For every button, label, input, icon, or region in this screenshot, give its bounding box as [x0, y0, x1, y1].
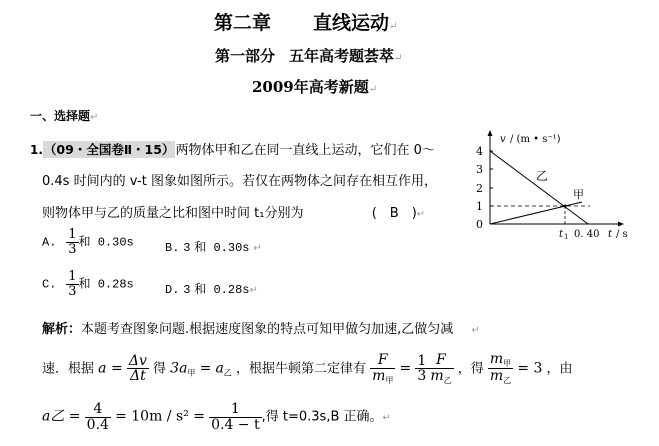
question-text-3: 则物体甲与乙的质量之比和图中时间 t₁分别为 [42, 206, 303, 221]
question-text-1: 两物体甲和乙在同一直线上运动，它们在 0～ [175, 143, 434, 158]
paragraph-mark-icon: ↵ [394, 53, 402, 64]
question-text-2: 0.4s 时间内的 v-t 图象如图所示。若仅在两物体之间存在相互作用， [42, 174, 437, 189]
formula-a2: a [215, 360, 223, 376]
analysis-colon: ： [68, 322, 81, 337]
analysis-text-end1: ，由 [547, 361, 573, 376]
part-heading: 第一部分五年高考题荟萃↵ [215, 45, 402, 66]
paragraph-mark-icon: ↵ [249, 285, 257, 296]
formula-a-yi: a乙 = [42, 409, 81, 425]
fraction-one-third: 13 [415, 354, 428, 384]
fraction-F-myi: Fm乙 [428, 353, 453, 385]
m-symbol: m [430, 368, 443, 384]
denominator: 0.4 [85, 417, 111, 433]
chapter-heading: 第二章直线运动↵ [214, 8, 397, 35]
option-value: 3 [183, 283, 190, 297]
m-symbol: m [490, 368, 503, 384]
paragraph-mark-icon: ↵ [369, 84, 377, 95]
equals: = [400, 360, 412, 376]
y-tick-1: 1 [476, 200, 483, 213]
fraction-4-over-04: 40.4 [85, 402, 111, 432]
fraction-1-over-04t: 10.4 − t [209, 402, 262, 432]
analysis-text-mid2: ，得 [458, 361, 484, 376]
y-tick-2: 2 [476, 182, 483, 195]
numerator: 1 [209, 402, 262, 417]
m-symbol: m [372, 368, 385, 384]
part-number: 第一部分 [215, 47, 275, 65]
y-axis-unit: / (m • s⁻¹) [510, 134, 561, 145]
analysis-line-3: a乙 = 40.4 = 10m / s² = 10.4 − t,得 t=0.3s… [42, 402, 391, 432]
line-jia [490, 202, 582, 224]
subscript-jia: 甲 [385, 376, 393, 385]
option-text: 和 0.28s [79, 278, 134, 292]
formula-3a: 3a [170, 360, 187, 376]
numerator: Δv [127, 354, 149, 369]
option-label: C. [42, 278, 56, 292]
answer-bracket: ( B ) [372, 206, 417, 221]
analysis-text-2: 速．根据 [42, 361, 94, 376]
subscript-yi: 乙 [444, 376, 452, 385]
fraction: 13 [66, 228, 78, 256]
fraction-dv-dt: ΔvΔt [127, 354, 149, 384]
subscript-yi: 乙 [503, 376, 511, 385]
denominator: 3 [66, 284, 78, 299]
option-label: D. [165, 283, 179, 297]
denominator: 3 [66, 242, 78, 257]
option-text: 和 0.30s [79, 236, 134, 250]
numerator: 1 [415, 354, 428, 369]
x-axis-unit: / s [616, 229, 628, 240]
year-heading: 2009年高考新题↵ [252, 76, 377, 97]
analysis-conclusion: ,得 t=0.3s,B 正确。 [262, 410, 383, 425]
formula-a: a = [98, 360, 123, 376]
x-tick-t1-sub: 1 [564, 233, 568, 241]
option-b: B. 3 和 0.30s ↵ [165, 238, 262, 255]
y-tick-0: 0 [476, 218, 483, 231]
option-text: 和 0.28s [194, 283, 249, 297]
formula-10: = 10m / s² = [115, 409, 205, 425]
option-label: A. [42, 236, 56, 250]
paragraph-mark-icon: ↵ [253, 243, 261, 254]
option-label: B. [165, 241, 179, 255]
numerator: F [428, 353, 453, 368]
fraction: 13 [66, 270, 78, 298]
numerator: m甲 [488, 352, 513, 368]
analysis-text-mid1: ，根据牛顿第二定律有 [236, 361, 366, 376]
question-source: （09・全国卷Ⅱ・15） [43, 141, 176, 158]
option-value: 3 [183, 241, 190, 255]
subscript-jia: 甲 [503, 359, 511, 368]
m-symbol: m [490, 351, 503, 367]
year-heading-text: 2009年高考新题 [252, 78, 369, 96]
option-text: 和 0.30s [194, 241, 249, 255]
x-tick-040: 0. 40 [574, 229, 599, 240]
denominator: 3 [415, 368, 428, 384]
paragraph-mark-icon: ↵ [383, 413, 391, 424]
equals: = [200, 360, 212, 376]
option-a: A. 13和 0.30s [42, 228, 134, 256]
vt-graph: 4 3 2 1 0 v / (m • s⁻¹) 乙 甲 t 1 0. 40 t … [470, 120, 659, 250]
label-yi: 乙 [536, 169, 548, 183]
denominator: 0.4 − t [209, 417, 262, 433]
y-tick-3: 3 [476, 163, 483, 176]
word-de: 得 [153, 361, 166, 376]
label-jia: 甲 [573, 188, 584, 201]
analysis-label: 解析 [42, 322, 68, 337]
question-number: 1. [30, 143, 43, 157]
equals-three: = 3 [517, 360, 542, 376]
part-title: 五年高考题荟萃 [289, 47, 394, 65]
denominator: Δt [127, 368, 149, 384]
subscript-yi: 乙 [224, 368, 232, 377]
option-c: C. 13和 0.28s [42, 270, 134, 298]
question-line-2: 0.4s 时间内的 v-t 图象如图所示。若仅在两物体之间存在相互作用， [42, 170, 437, 189]
x-axis-label: t [608, 229, 613, 240]
paragraph-mark-icon: ↵ [471, 325, 479, 336]
numerator: 4 [85, 402, 111, 417]
fraction-F-mjia: Fm甲 [370, 353, 395, 385]
chapter-title: 直线运动 [313, 12, 389, 34]
numerator: 1 [66, 270, 78, 284]
fraction-mass-ratio: m甲m乙 [488, 352, 513, 386]
analysis-line-1: 解析：本题考查图象问题.根据速度图象的特点可知甲做匀加速,乙做匀减 ↵ [42, 318, 480, 337]
y-tick-4: 4 [476, 145, 483, 158]
section-title: 一、选择题↵ [30, 107, 98, 124]
question-line-1: 1.（09・全国卷Ⅱ・15）两物体甲和乙在同一直线上运动，它们在 0～ [30, 139, 435, 158]
paragraph-mark-icon: ↵ [417, 209, 425, 220]
denominator: m乙 [488, 368, 513, 385]
denominator: m乙 [428, 368, 453, 385]
denominator: m甲 [370, 368, 395, 385]
question-line-3: 则物体甲与乙的质量之比和图中时间 t₁分别为 ( B )↵ [42, 202, 425, 221]
vt-graph-svg: 4 3 2 1 0 v / (m • s⁻¹) 乙 甲 t 1 0. 40 t … [470, 120, 659, 250]
paragraph-mark-icon: ↵ [389, 21, 397, 32]
paragraph-mark-icon: ↵ [90, 112, 98, 123]
chapter-number: 第二章 [214, 12, 271, 34]
numerator: F [370, 353, 395, 368]
y-axis-label: v [500, 134, 506, 145]
option-d: D. 3 和 0.28s↵ [165, 280, 258, 297]
numerator: 1 [66, 228, 78, 242]
analysis-line-2: 速．根据 a = ΔvΔt 得 3a甲 = a乙 ，根据牛顿第二定律有 Fm甲 … [42, 352, 573, 386]
analysis-text-1: 本题考查图象问题.根据速度图象的特点可知甲做匀加速,乙做匀减 [81, 322, 453, 337]
subscript-jia: 甲 [187, 368, 195, 377]
section-title-text: 一、选择题 [30, 109, 90, 123]
